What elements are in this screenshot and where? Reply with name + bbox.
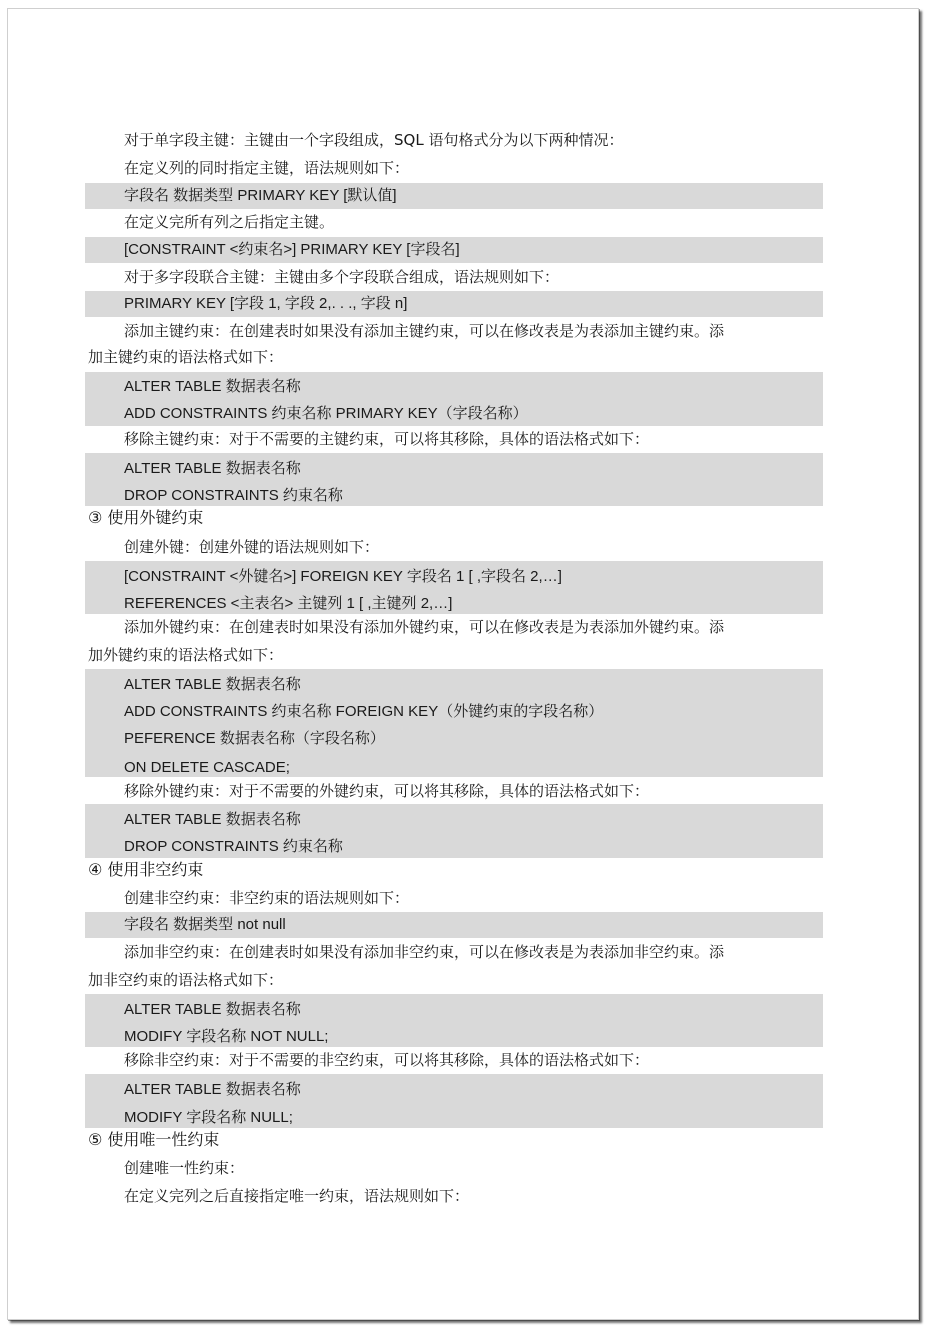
paragraph-add-fk: 添加外键约束：在创建表时如果没有添加外键约束，可以在修改表是为表添加外键约束。添: [124, 617, 724, 637]
heading-not-null: ④ 使用非空约束: [88, 860, 203, 880]
code-line: PRIMARY KEY [字段 1, 字段 2,. . ., 字段 n]: [124, 294, 407, 314]
code-line: ALTER TABLE 数据表名称: [124, 810, 301, 830]
code-block-modify-null: ALTER TABLE 数据表名称 MODIFY 字段名称 NULL;: [85, 1074, 823, 1128]
code-block-pk-constraint: [CONSTRAINT <约束名>] PRIMARY KEY [字段名]: [85, 237, 823, 263]
code-line: [CONSTRAINT <约束名>] PRIMARY KEY [字段名]: [124, 240, 460, 260]
paragraph-add-pk-cont: 加主键约束的语法格式如下：: [88, 347, 283, 367]
paragraph-define-after-columns: 在定义完所有列之后指定主键。: [124, 212, 334, 232]
paragraph-remove-pk: 移除主键约束：对于不需要的主键约束，可以将其移除，具体的语法格式如下：: [124, 429, 649, 449]
paragraph-add-not-null-cont: 加非空约束的语法格式如下：: [88, 970, 283, 990]
code-block-pk-multi: PRIMARY KEY [字段 1, 字段 2,. . ., 字段 n]: [85, 291, 823, 317]
code-line: ON DELETE CASCADE;: [124, 758, 290, 778]
code-line: PEFERENCE 数据表名称（字段名称）: [124, 729, 385, 749]
paragraph-create-fk: 创建外键：创建外键的语法规则如下：: [124, 537, 379, 557]
code-block-add-fk: ALTER TABLE 数据表名称 ADD CONSTRAINTS 约束名称 F…: [85, 669, 823, 777]
code-line: MODIFY 字段名称 NOT NULL;: [124, 1027, 328, 1047]
code-block-drop-fk: ALTER TABLE 数据表名称 DROP CONSTRAINTS 约束名称: [85, 804, 823, 858]
code-block-drop-pk: ALTER TABLE 数据表名称 DROP CONSTRAINTS 约束名称: [85, 453, 823, 506]
code-line: MODIFY 字段名称 NULL;: [124, 1108, 293, 1128]
paragraph-add-not-null: 添加非空约束：在创建表时如果没有添加非空约束，可以在修改表是为表添加非空约束。添: [124, 942, 724, 962]
code-line: ALTER TABLE 数据表名称: [124, 459, 301, 479]
code-line: 字段名 数据类型 not null: [124, 915, 286, 935]
paragraph-add-fk-cont: 加外键约束的语法格式如下：: [88, 645, 283, 665]
code-line: [CONSTRAINT <外键名>] FOREIGN KEY 字段名 1 [ ,…: [124, 567, 562, 587]
paragraph-add-pk: 添加主键约束：在创建表时如果没有添加主键约束，可以在修改表是为表添加主键约束。添: [124, 321, 724, 341]
code-line: ALTER TABLE 数据表名称: [124, 675, 301, 695]
paragraph-remove-fk: 移除外键约束：对于不需要的外键约束，可以将其移除，具体的语法格式如下：: [124, 781, 649, 801]
code-line: 字段名 数据类型 PRIMARY KEY [默认值]: [124, 186, 397, 206]
code-block-modify-not-null: ALTER TABLE 数据表名称 MODIFY 字段名称 NOT NULL;: [85, 994, 823, 1047]
code-block-add-pk: ALTER TABLE 数据表名称 ADD CONSTRAINTS 约束名称 P…: [85, 372, 823, 426]
paragraph-define-with-column: 在定义列的同时指定主键，语法规则如下：: [124, 158, 409, 178]
paragraph-unique-after-columns: 在定义完列之后直接指定唯一约束，语法规则如下：: [124, 1186, 469, 1206]
paragraph-create-unique: 创建唯一性约束：: [124, 1158, 244, 1178]
paragraph-remove-not-null: 移除非空约束：对于不需要的非空约束，可以将其移除，具体的语法格式如下：: [124, 1050, 649, 1070]
code-line: REFERENCES <主表名> 主键列 1 [ ,主键列 2,…]: [124, 594, 452, 614]
code-block-create-fk: [CONSTRAINT <外键名>] FOREIGN KEY 字段名 1 [ ,…: [85, 561, 823, 614]
document-page: 对于单字段主键：主键由一个字段组成，SQL 语句格式分为以下两种情况： 在定义列…: [7, 8, 919, 1320]
heading-unique: ⑤ 使用唯一性约束: [88, 1130, 219, 1150]
heading-foreign-key: ③ 使用外键约束: [88, 508, 203, 528]
code-line: ALTER TABLE 数据表名称: [124, 1000, 301, 1020]
code-block-pk-inline: 字段名 数据类型 PRIMARY KEY [默认值]: [85, 183, 823, 209]
code-line: DROP CONSTRAINTS 约束名称: [124, 837, 343, 857]
paragraph-create-not-null: 创建非空约束：非空约束的语法规则如下：: [124, 888, 409, 908]
paragraph-single-field-pk: 对于单字段主键：主键由一个字段组成，SQL 语句格式分为以下两种情况：: [124, 130, 623, 150]
code-line: DROP CONSTRAINTS 约束名称: [124, 486, 343, 506]
code-line: ALTER TABLE 数据表名称: [124, 1080, 301, 1100]
paragraph-multi-field-pk: 对于多字段联合主键：主键由多个字段联合组成，语法规则如下：: [124, 267, 559, 287]
code-line: ADD CONSTRAINTS 约束名称 PRIMARY KEY（字段名称）: [124, 404, 528, 424]
code-block-not-null: 字段名 数据类型 not null: [85, 912, 823, 938]
code-line: ALTER TABLE 数据表名称: [124, 377, 301, 397]
code-line: ADD CONSTRAINTS 约束名称 FOREIGN KEY（外键约束的字段…: [124, 702, 603, 722]
